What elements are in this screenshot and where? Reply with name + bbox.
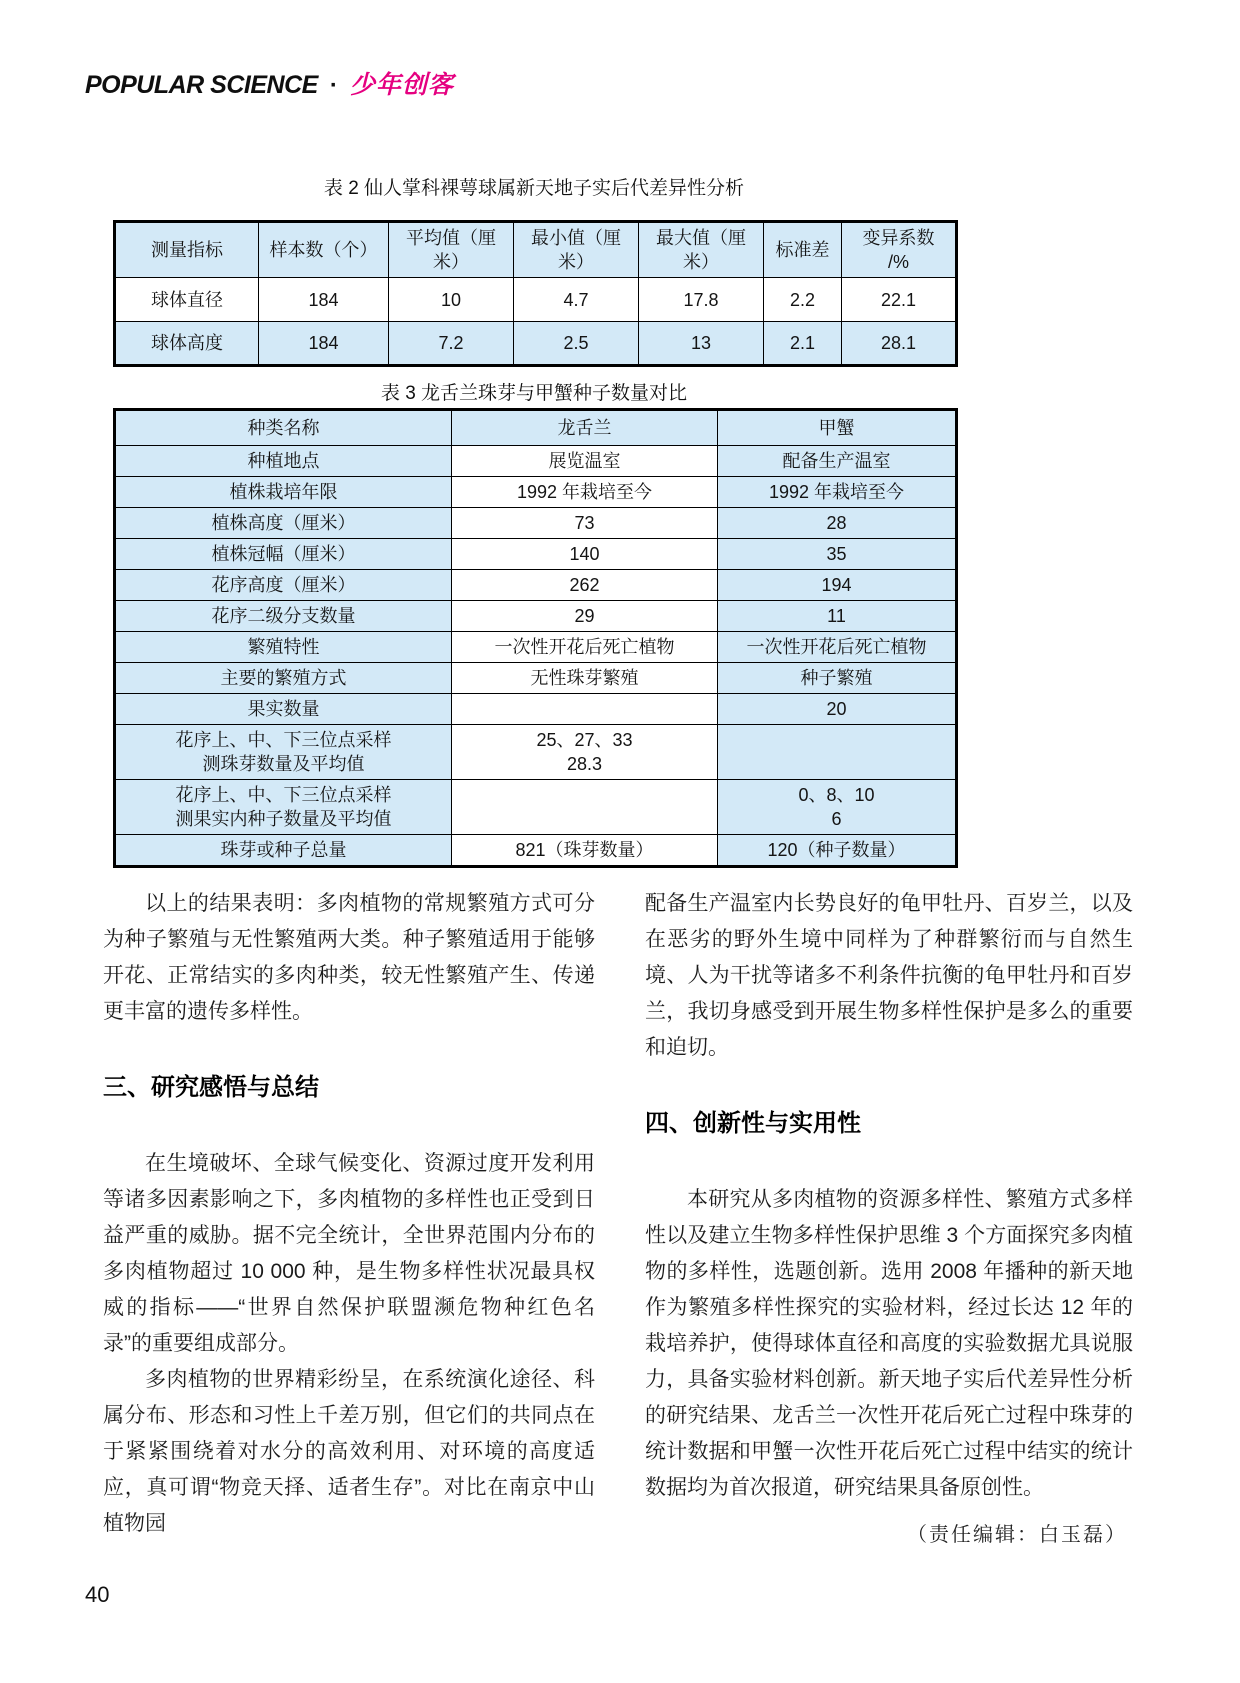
table2-cell: 10 xyxy=(389,278,514,322)
table2-header-cell: 测量指标 xyxy=(115,222,259,278)
table3-cell: 主要的繁殖方式 xyxy=(115,663,452,694)
table3-cell: 73 xyxy=(452,508,718,539)
table3-cell: 25、27、33 28.3 xyxy=(452,725,718,780)
table3-cell: 植株栽培年限 xyxy=(115,477,452,508)
table2-row: 球体高度1847.22.5132.128.1 xyxy=(115,322,957,366)
table3-cell: 繁殖特性 xyxy=(115,632,452,663)
paragraph-threats: 在生境破坏、全球气候变化、资源过度开发利用等诸多因素影响之下，多肉植物的多样性也… xyxy=(103,1146,595,1362)
table3-cell: 无性珠芽繁殖 xyxy=(452,663,718,694)
table3-cell: 花序上、中、下三位点采样 测果实内种子数量及平均值 xyxy=(115,780,452,835)
body-column-right: 配备生产温室内长势良好的龟甲牡丹、百岁兰，以及在恶劣的野外生境中同样为了种群繁衍… xyxy=(645,886,1133,1547)
table3-cell: 种植地点 xyxy=(115,446,452,477)
table3-cell: 140 xyxy=(452,539,718,570)
table3-row: 种植地点展览温室配备生产温室 xyxy=(115,446,957,477)
table3-header-cell: 甲蟹 xyxy=(718,410,957,446)
table2-cell: 22.1 xyxy=(842,278,957,322)
table3-row: 植株栽培年限1992 年栽培至今1992 年栽培至今 xyxy=(115,477,957,508)
table2-header-row: 测量指标样本数（个）平均值（厘米）最小值（厘米）最大值（厘米）标准差变异系数 /… xyxy=(115,222,957,278)
table3-cell: 120（种子数量） xyxy=(718,835,957,867)
table3-cell: 1992 年栽培至今 xyxy=(718,477,957,508)
table2-differences-analysis: 测量指标样本数（个）平均值（厘米）最小值（厘米）最大值（厘米）标准差变异系数 /… xyxy=(113,220,958,367)
table3-cell: 配备生产温室 xyxy=(718,446,957,477)
table3-header-row: 种类名称龙舌兰甲蟹 xyxy=(115,410,957,446)
table3-row: 果实数量20 xyxy=(115,694,957,725)
page-number: 40 xyxy=(85,1582,109,1608)
table3-cell xyxy=(452,694,718,725)
table2-cell: 2.1 xyxy=(764,322,842,366)
paragraph-results-summary: 以上的结果表明：多肉植物的常规繁殖方式可分为种子繁殖与无性繁殖两大类。种子繁殖适… xyxy=(103,886,595,1030)
table3-header-cell: 种类名称 xyxy=(115,410,452,446)
table2-header-cell: 变异系数 /% xyxy=(842,222,957,278)
table3-cell: 植株冠幅（厘米） xyxy=(115,539,452,570)
table3-row: 植株冠幅（厘米）14035 xyxy=(115,539,957,570)
table2-header-cell: 标准差 xyxy=(764,222,842,278)
table3-cell: 262 xyxy=(452,570,718,601)
paragraph-innovation: 本研究从多肉植物的资源多样性、繁殖方式多样性以及建立生物多样性保护思维 3 个方… xyxy=(645,1182,1133,1506)
table3-cell: 植株高度（厘米） xyxy=(115,508,452,539)
table3-cell: 35 xyxy=(718,539,957,570)
editor-credit: （责任编辑：白玉磊） xyxy=(645,1518,1133,1547)
table2-cell: 7.2 xyxy=(389,322,514,366)
table2-cell: 13 xyxy=(639,322,764,366)
table3-row: 花序高度（厘米）262194 xyxy=(115,570,957,601)
table3-row: 花序上、中、下三位点采样 测果实内种子数量及平均值0、8、10 6 xyxy=(115,780,957,835)
table3-cell: 珠芽或种子总量 xyxy=(115,835,452,867)
table3-cell: 一次性开花后死亡植物 xyxy=(452,632,718,663)
table3-seed-comparison: 种类名称龙舌兰甲蟹 种植地点展览温室配备生产温室植株栽培年限1992 年栽培至今… xyxy=(113,408,958,868)
section-heading-3: 三、研究感悟与总结 xyxy=(103,1072,595,1104)
table2-cell: 184 xyxy=(259,278,389,322)
table3-cell xyxy=(718,725,957,780)
table2-cell: 17.8 xyxy=(639,278,764,322)
table3-cell: 花序高度（厘米） xyxy=(115,570,452,601)
table3-caption: 表 3 龙舌兰珠芽与甲蟹种子数量对比 xyxy=(113,378,955,405)
table2-row: 球体直径184104.717.82.222.1 xyxy=(115,278,957,322)
table3-cell: 花序二级分支数量 xyxy=(115,601,452,632)
magazine-subtitle: 少年创客 xyxy=(350,71,454,99)
paragraph-diversity-world: 多肉植物的世界精彩纷呈，在系统演化途径、科属分布、形态和习性上千差万别，但它们的… xyxy=(103,1362,595,1542)
table2-cell: 28.1 xyxy=(842,322,957,366)
table3-cell: 11 xyxy=(718,601,957,632)
table2-caption: 表 2 仙人掌科裸萼球属新天地子实后代差异性分析 xyxy=(113,173,955,200)
table2-cell: 2.2 xyxy=(764,278,842,322)
table2-cell: 球体高度 xyxy=(115,322,259,366)
table3-row: 珠芽或种子总量821（珠芽数量）120（种子数量） xyxy=(115,835,957,867)
table3-cell: 果实数量 xyxy=(115,694,452,725)
table3-cell: 1992 年栽培至今 xyxy=(452,477,718,508)
table3-cell: 种子繁殖 xyxy=(718,663,957,694)
table3-row: 繁殖特性一次性开花后死亡植物一次性开花后死亡植物 xyxy=(115,632,957,663)
table3-cell: 29 xyxy=(452,601,718,632)
table3-cell: 821（珠芽数量） xyxy=(452,835,718,867)
table3-cell: 花序上、中、下三位点采样 测珠芽数量及平均值 xyxy=(115,725,452,780)
table2-cell: 球体直径 xyxy=(115,278,259,322)
masthead: POPULAR SCIENCE·少年创客 xyxy=(85,70,454,104)
table2-header-cell: 平均值（厘米） xyxy=(389,222,514,278)
title-separator-dot: · xyxy=(330,72,338,99)
table3-cell: 0、8、10 6 xyxy=(718,780,957,835)
paragraph-greenhouse-continuation: 配备生产温室内长势良好的龟甲牡丹、百岁兰，以及在恶劣的野外生境中同样为了种群繁衍… xyxy=(645,886,1133,1066)
table3-cell: 28 xyxy=(718,508,957,539)
table2-cell: 184 xyxy=(259,322,389,366)
section-heading-4: 四、创新性与实用性 xyxy=(645,1108,1133,1140)
table2-header-cell: 最小值（厘米） xyxy=(514,222,639,278)
table3-row: 花序上、中、下三位点采样 测珠芽数量及平均值25、27、33 28.3 xyxy=(115,725,957,780)
table3-cell: 一次性开花后死亡植物 xyxy=(718,632,957,663)
magazine-title: POPULAR SCIENCE xyxy=(85,71,318,99)
table3-cell xyxy=(452,780,718,835)
table3-header-cell: 龙舌兰 xyxy=(452,410,718,446)
table3-cell: 194 xyxy=(718,570,957,601)
table3-cell: 20 xyxy=(718,694,957,725)
table3-row: 植株高度（厘米）7328 xyxy=(115,508,957,539)
body-column-left: 以上的结果表明：多肉植物的常规繁殖方式可分为种子繁殖与无性繁殖两大类。种子繁殖适… xyxy=(103,886,595,1542)
table3-row: 花序二级分支数量2911 xyxy=(115,601,957,632)
table3-row: 主要的繁殖方式无性珠芽繁殖种子繁殖 xyxy=(115,663,957,694)
table2-header-cell: 最大值（厘米） xyxy=(639,222,764,278)
table2-cell: 4.7 xyxy=(514,278,639,322)
table3-cell: 展览温室 xyxy=(452,446,718,477)
table2-header-cell: 样本数（个） xyxy=(259,222,389,278)
table2-cell: 2.5 xyxy=(514,322,639,366)
